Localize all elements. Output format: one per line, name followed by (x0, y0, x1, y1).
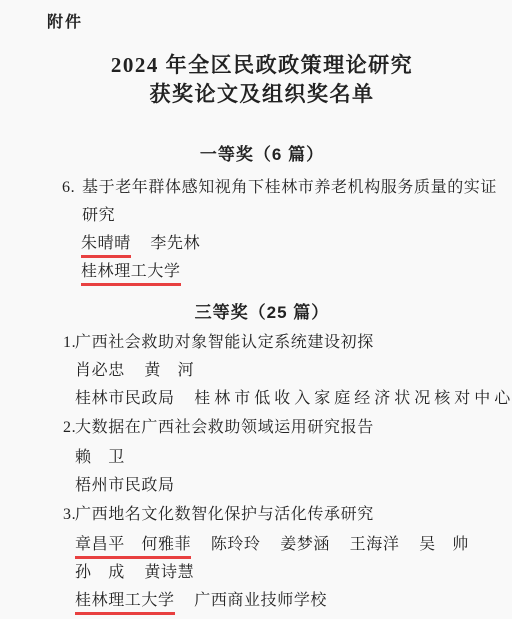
institutions-line: 桂林市民政局 桂林市低收入家庭经济状况核对中心 (0, 385, 512, 413)
institution-name: 梧州市民政局 (75, 477, 175, 494)
section-heading-third-prize: 三等奖（25 篇） (0, 299, 512, 327)
author-names-line: 朱晴晴 李先林 (0, 230, 512, 258)
paper-title-text: 基于老年群体感知视角下桂林市养老机构服务质量的实证 (82, 179, 497, 196)
author-name-underlined: 朱晴晴 (81, 235, 131, 258)
author-name: 吴 帅 (419, 536, 469, 553)
author-name: 陈玲玲 (211, 536, 261, 553)
paper-title-text: 大数据在广西社会救助领域运用研究报告 (75, 419, 374, 436)
institutions-line: 桂林理工大学 广西商业技师学校 (0, 587, 512, 615)
entry-number: 2. (63, 414, 75, 442)
author-names-line: 章昌平 何雅菲 陈玲玲 姜梦涵 王海洋 吴 帅 (0, 531, 512, 559)
attachment-label: 附件 (47, 9, 512, 37)
author-name: 黄诗慧 (144, 564, 194, 581)
paper-entry-title: 6.基于老年群体感知视角下桂林市养老机构服务质量的实证 (0, 174, 512, 202)
author-names-underlined: 章昌平 何雅菲 (75, 536, 191, 559)
paper-entry-title: 3.广西地名文化数智化保护与活化传承研究 (0, 501, 512, 529)
institution-name-underlined: 桂林理工大学 (81, 263, 181, 286)
paper-title-text: 广西社会救助对象智能认定系统建设初探 (75, 334, 374, 351)
author-name: 王海洋 (350, 536, 400, 553)
document-title-line-2: 获奖论文及组织奖名单 (12, 80, 512, 109)
author-name: 肖必忠 (75, 362, 125, 379)
author-names-line: 赖 卫 (0, 444, 512, 472)
paper-title-continuation: 研究 (0, 202, 512, 230)
entry-number: 1. (63, 329, 75, 357)
institutions-line: 桂林理工大学 (0, 258, 512, 286)
author-name: 黄 河 (144, 362, 194, 379)
institution-name: 桂林市民政局 (75, 390, 175, 407)
author-name: 孙 成 (75, 564, 125, 581)
entry-number: 6. (62, 174, 82, 202)
author-name: 姜梦涵 (280, 536, 330, 553)
author-name: 赖 卫 (75, 449, 125, 466)
institutions-line: 梧州市民政局 (0, 472, 512, 500)
institution-name-underlined: 桂林理工大学 (75, 592, 175, 615)
author-names-line: 肖必忠 黄 河 (0, 357, 512, 385)
paper-entry-title: 1.广西社会救助对象智能认定系统建设初探 (0, 329, 512, 357)
author-name: 李先林 (150, 235, 200, 252)
paper-entry-title: 2.大数据在广西社会救助领域运用研究报告 (0, 414, 512, 442)
author-names-line: 孙 成 黄诗慧 (0, 559, 512, 587)
institution-name: 桂林市低收入家庭经济状况核对中心 (194, 390, 512, 407)
section-heading-first-prize: 一等奖（6 篇） (0, 141, 512, 169)
document-title: 2024 年全区民政政策理论研究 获奖论文及组织奖名单 (0, 51, 512, 109)
entry-number: 3. (63, 501, 75, 529)
document-title-line-1: 2024 年全区民政政策理论研究 (12, 51, 512, 80)
paper-title-text: 广西地名文化数智化保护与活化传承研究 (75, 506, 374, 523)
institution-name: 广西商业技师学校 (194, 592, 327, 609)
